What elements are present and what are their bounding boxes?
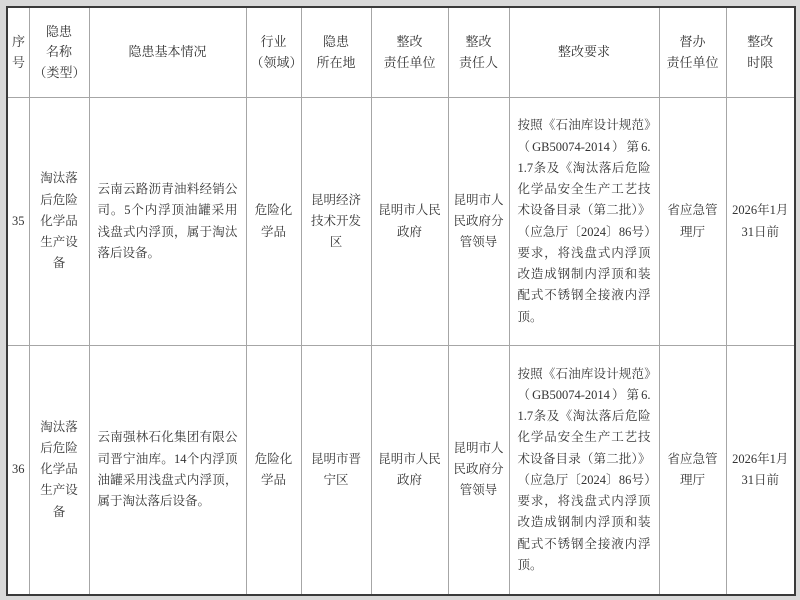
header-hazard-basic-situation: 隐患基本情况 <box>89 7 246 98</box>
cell-deadline: 2026年1月31日前 <box>726 346 795 595</box>
header-supervising-unit: 督办 责任单位 <box>659 7 726 98</box>
header-industry-field: 行业 （领域） <box>246 7 301 98</box>
cell-responsible-unit: 昆明市人民政府 <box>371 346 448 595</box>
cell-responsible-person: 昆明市人民政府分管领导 <box>448 98 509 346</box>
header-serial-number: 序号 <box>7 7 29 98</box>
cell-deadline: 2026年1月31日前 <box>726 98 795 346</box>
header-rectification-responsible-unit: 整改 责任单位 <box>371 7 448 98</box>
cell-industry: 危险化学品 <box>246 98 301 346</box>
table-row-35: 35 淘汰落后危险化学品生产设备 云南云路沥青油料经销公司。5个内浮顶油罐采用浅… <box>7 98 795 346</box>
cell-hazard-situation: 云南云路沥青油料经销公司。5个内浮顶油罐采用浅盘式内浮顶，属于淘汰落后设备。 <box>89 98 246 346</box>
cell-serial-number: 35 <box>7 98 29 346</box>
cell-serial-number: 36 <box>7 346 29 595</box>
cell-location: 昆明经济技术开发区 <box>301 98 371 346</box>
header-row: 序号 隐患 名称 （类型） 隐患基本情况 行业 （领域） 隐患 所在地 整改 责… <box>7 7 795 98</box>
header-rectification-deadline: 整改 时限 <box>726 7 795 98</box>
cell-hazard-name: 淘汰落后危险化学品生产设备 <box>29 98 89 346</box>
hazard-rectification-table: 序号 隐患 名称 （类型） 隐患基本情况 行业 （领域） 隐患 所在地 整改 责… <box>6 6 796 596</box>
cell-industry: 危险化学品 <box>246 346 301 595</box>
cell-responsible-person: 昆明市人民政府分管领导 <box>448 346 509 595</box>
header-hazard-location: 隐患 所在地 <box>301 7 371 98</box>
cell-hazard-situation: 云南强林石化集团有限公司晋宁油库。14个内浮顶油罐采用浅盘式内浮顶，属于淘汰落后… <box>89 346 246 595</box>
cell-location: 昆明市晋宁区 <box>301 346 371 595</box>
header-rectification-requirements: 整改要求 <box>509 7 659 98</box>
cell-supervising-unit: 省应急管理厅 <box>659 98 726 346</box>
header-rectification-responsible-person: 整改 责任人 <box>448 7 509 98</box>
cell-requirement: 按照《石油库设计规范》（GB50074-2014）第6.1.7条及《淘汰落后危险… <box>509 346 659 595</box>
table-row-36: 36 淘汰落后危险化学品生产设备 云南强林石化集团有限公司晋宁油库。14个内浮顶… <box>7 346 795 595</box>
cell-requirement: 按照《石油库设计规范》（GB50074-2014）第6.1.7条及《淘汰落后危险… <box>509 98 659 346</box>
cell-responsible-unit: 昆明市人民政府 <box>371 98 448 346</box>
cell-hazard-name: 淘汰落后危险化学品生产设备 <box>29 346 89 595</box>
header-hazard-name-type: 隐患 名称 （类型） <box>29 7 89 98</box>
cell-supervising-unit: 省应急管理厅 <box>659 346 726 595</box>
